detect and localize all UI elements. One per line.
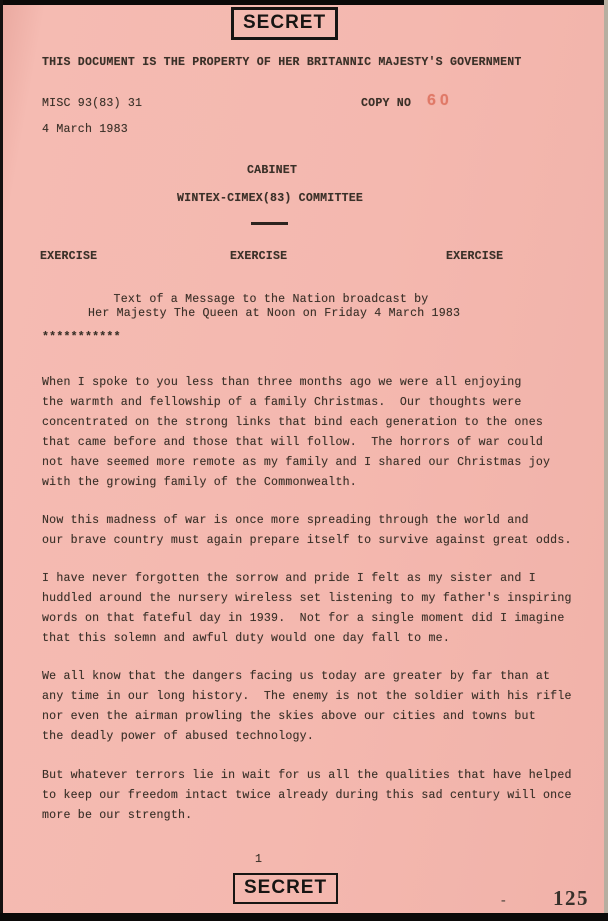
- body-paragraph-2: Now this madness of war is once more spr…: [42, 511, 572, 551]
- copy-no-stamp: 60: [427, 92, 453, 110]
- folio-number: 125: [553, 886, 589, 911]
- scan-edge-top: [0, 0, 608, 5]
- org-heading: CABINET: [247, 161, 297, 181]
- scan-edge-bottom: [0, 913, 608, 921]
- property-line: THIS DOCUMENT IS THE PROPERTY OF HER BRI…: [42, 53, 522, 73]
- body-paragraph-1: When I spoke to you less than three mont…: [42, 373, 550, 493]
- document-date: 4 March 1983: [42, 120, 128, 140]
- document-page: SECRET THIS DOCUMENT IS THE PROPERTY OF …: [0, 0, 608, 921]
- exercise-label-left: EXERCISE: [40, 247, 97, 267]
- committee-rule: [251, 222, 288, 225]
- exercise-label-right: EXERCISE: [446, 247, 503, 267]
- copy-no-label: COPY NO: [361, 94, 411, 114]
- body-paragraph-4: We all know that the dangers facing us t…: [42, 667, 572, 747]
- document-reference: MISC 93(83) 31: [42, 94, 142, 114]
- asterisk-separator: ***********: [42, 328, 121, 348]
- folio-dash: -: [501, 893, 506, 909]
- paper-edge-right: [604, 0, 608, 913]
- secret-stamp-top: SECRET: [231, 7, 338, 40]
- scan-edge-left: [0, 0, 3, 921]
- page-number: 1: [255, 850, 262, 870]
- secret-stamp-bottom: SECRET: [233, 873, 338, 904]
- committee-heading: WINTEX-CIMEX(83) COMMITTEE: [177, 189, 363, 209]
- body-paragraph-3: I have never forgotten the sorrow and pr…: [42, 569, 572, 649]
- message-title: Text of a Message to the Nation broadcas…: [88, 293, 454, 321]
- body-paragraph-5: But whatever terrors lie in wait for us …: [42, 766, 572, 826]
- exercise-label-center: EXERCISE: [230, 247, 287, 267]
